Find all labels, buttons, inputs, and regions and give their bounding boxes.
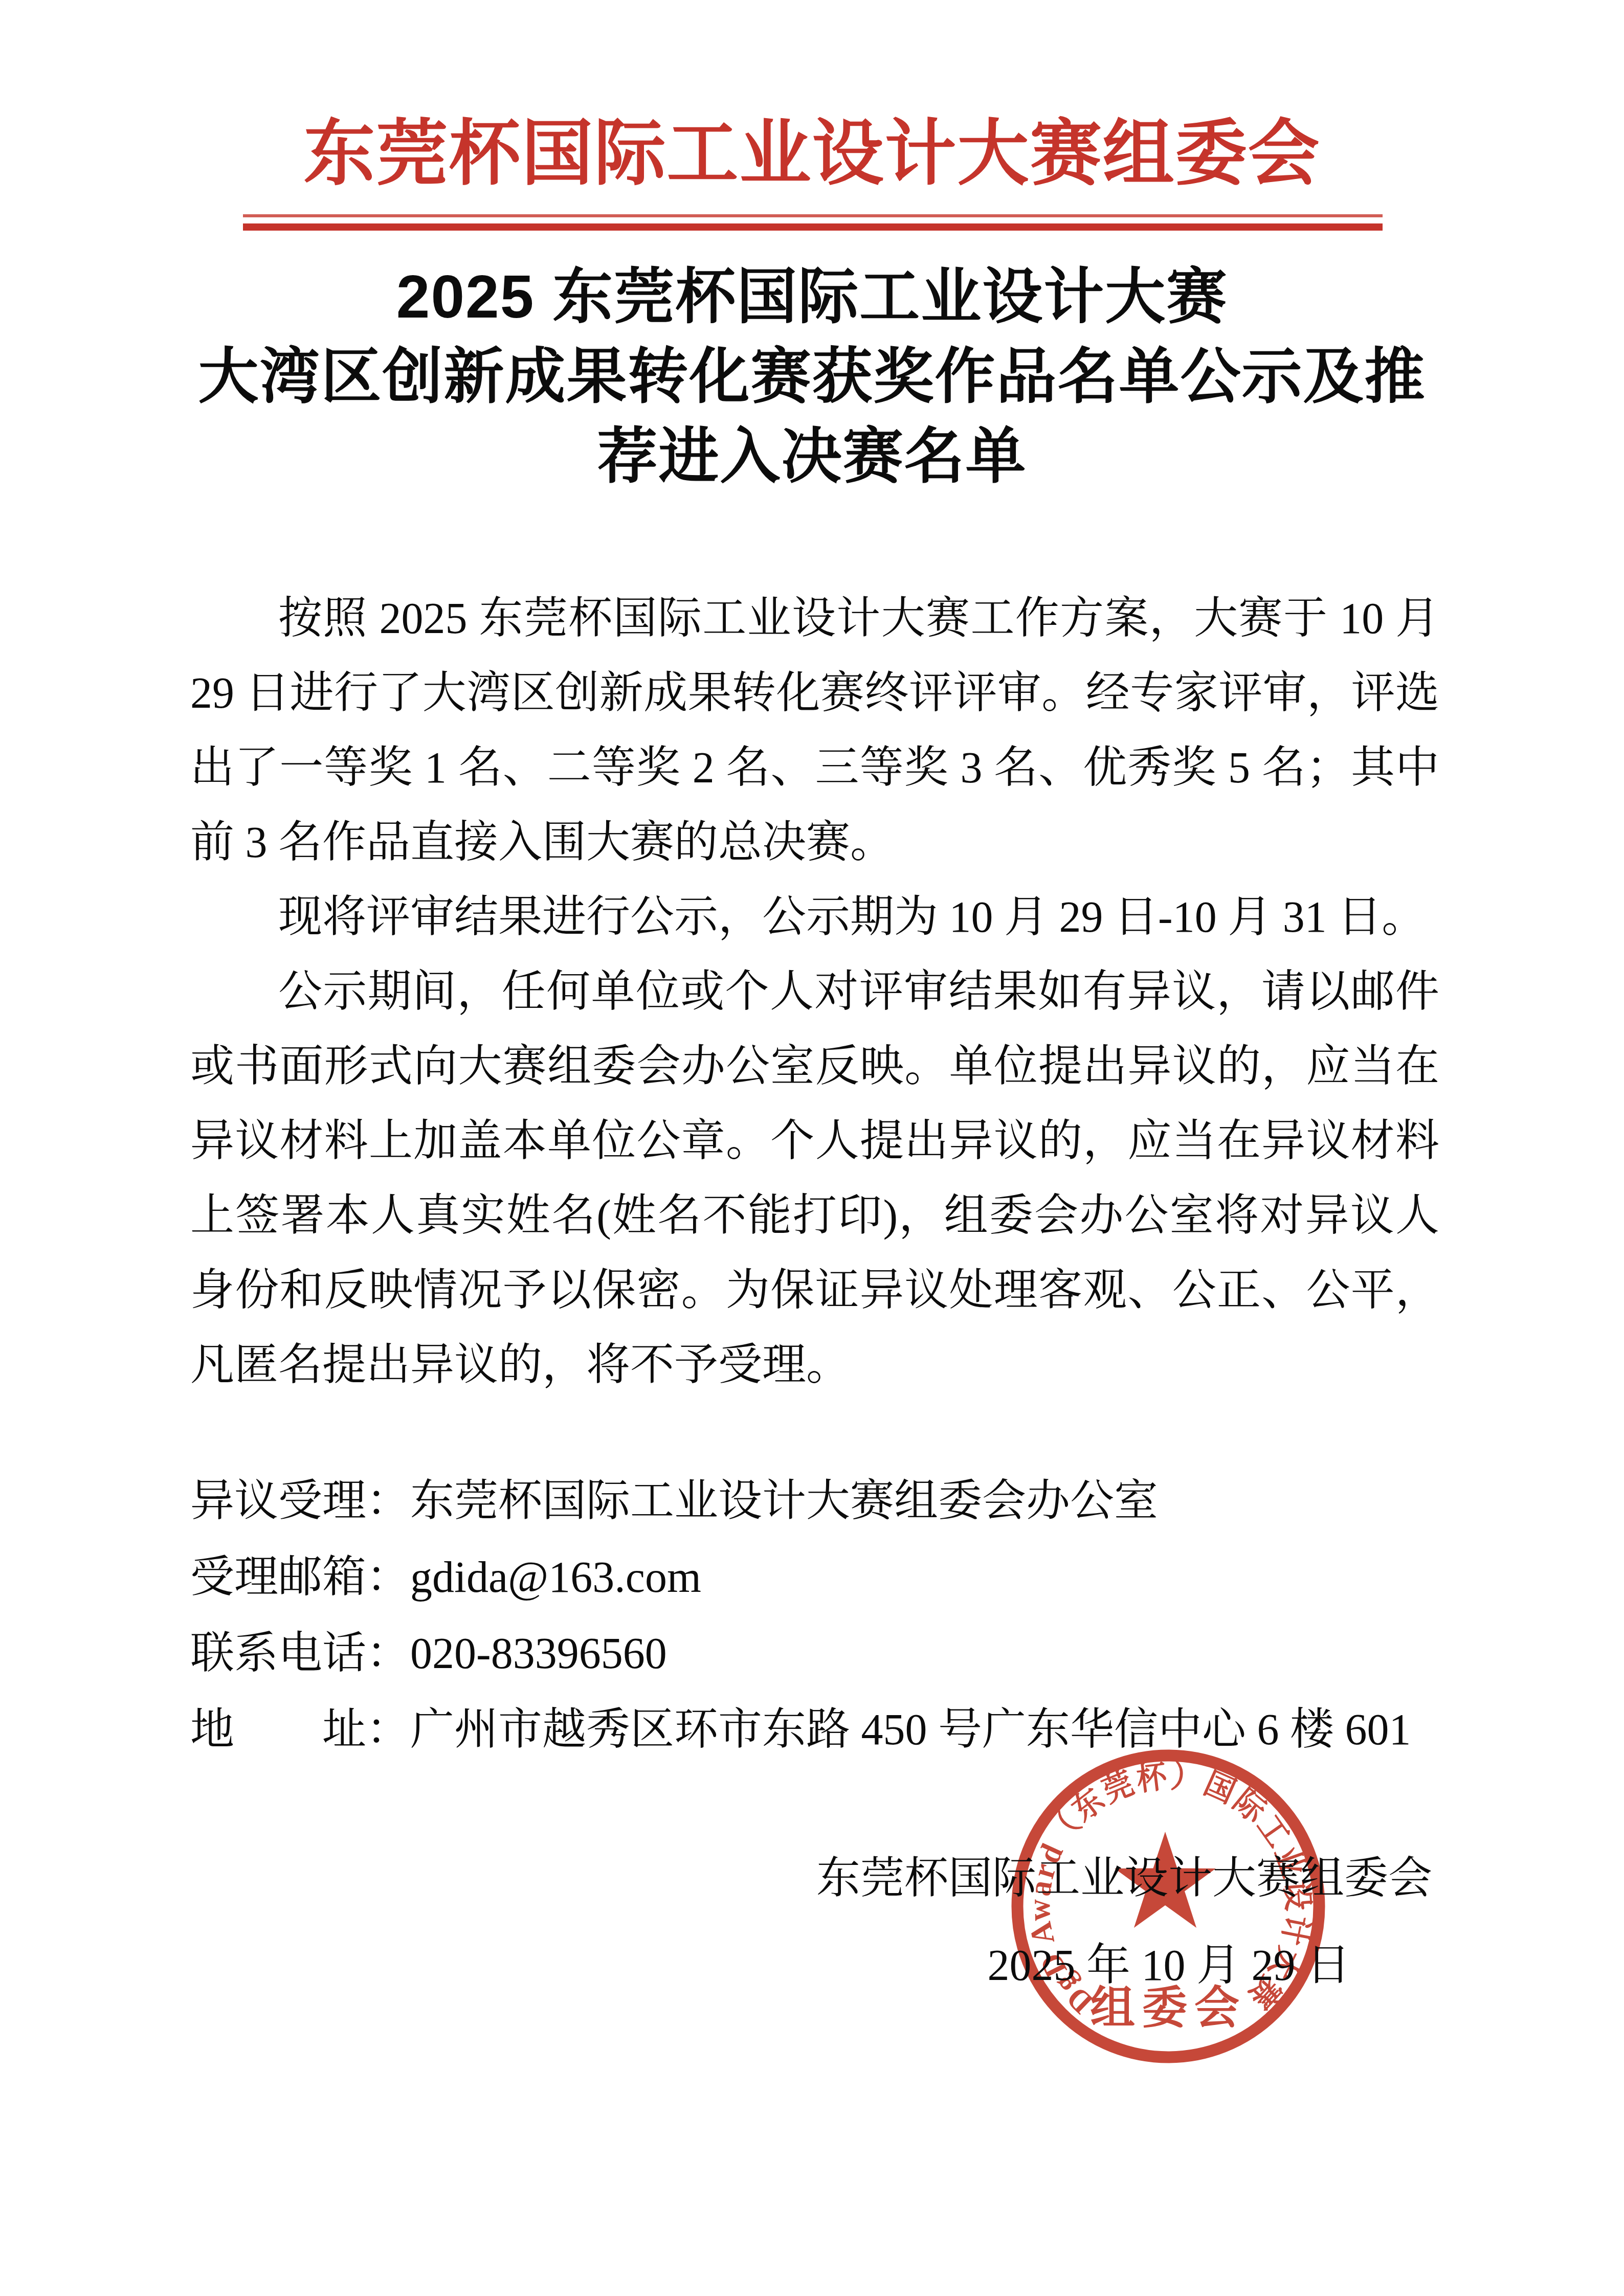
title-line-2: 大湾区创新成果转化赛获奖作品名单公示及推 xyxy=(153,337,1471,417)
signature-org: 东莞杯国际工业设计大赛组委会 xyxy=(816,1841,1432,1916)
body-line: 公示期间，任何单位或个人对评审结果如有异议，请以邮件 xyxy=(190,954,1439,1029)
letterhead-title: 东莞杯国际工业设计大赛组委会 xyxy=(0,96,1624,199)
contact-block: 异议受理：东莞杯国际工业设计大赛组委会办公室 受理邮箱：gdida@163.co… xyxy=(190,1463,1439,1768)
document-title: 2025 东莞杯国际工业设计大赛 大湾区创新成果转化赛获奖作品名单公示及推 荐进… xyxy=(153,257,1471,497)
letterhead-rule-thin xyxy=(243,214,1383,217)
body-line: 29 日进行了大湾区创新成果转化赛终评评审。经专家评审，评选 xyxy=(190,656,1439,730)
title-line-1: 2025 东莞杯国际工业设计大赛 xyxy=(153,257,1471,337)
contact-value-address: 广州市越秀区环市东路 450 号广东华信中心 6 楼 601 xyxy=(410,1705,1411,1754)
title-line-3: 荐进入决赛名单 xyxy=(153,417,1471,497)
body-line: 现将评审结果进行公示，公示期为 10 月 29 日-10 月 31 日。 xyxy=(190,880,1439,954)
contact-line-objection: 异议受理：东莞杯国际工业设计大赛组委会办公室 xyxy=(190,1463,1439,1539)
body-line: 身份和反映情况予以保密。为保证异议处理客观、公正、公平， xyxy=(190,1253,1439,1327)
body-line: 上签署本人真实姓名(姓名不能打印)，组委会办公室将对异议人 xyxy=(190,1178,1439,1253)
contact-label: 地 址： xyxy=(190,1705,410,1754)
contact-label: 联系电话： xyxy=(190,1629,410,1678)
body-text: 按照 2025 东莞杯国际工业设计大赛工作方案，大赛于 10 月 29 日进行了… xyxy=(190,581,1439,1402)
body-line: 前 3 名作品直接入围大赛的总决赛。 xyxy=(190,805,1439,880)
contact-label: 受理邮箱： xyxy=(190,1552,410,1602)
contact-value-phone: 020-83396560 xyxy=(410,1629,667,1678)
contact-line-address: 地 址：广州市越秀区环市东路 450 号广东华信中心 6 楼 601 xyxy=(190,1692,1439,1768)
body-line: 按照 2025 东莞杯国际工业设计大赛工作方案，大赛于 10 月 xyxy=(190,581,1439,656)
contact-value: 东莞杯国际工业设计大赛组委会办公室 xyxy=(410,1476,1158,1525)
body-line: 出了一等奖 1 名、二等奖 2 名、三等奖 3 名、优秀奖 5 名；其中 xyxy=(190,730,1439,805)
body-line: 或书面形式向大赛组委会办公室反映。单位提出异议的，应当在 xyxy=(190,1029,1439,1104)
body-line: 异议材料上加盖本单位公章。个人提出异议的，应当在异议材料 xyxy=(190,1104,1439,1178)
letterhead-rule-thick xyxy=(243,223,1383,231)
body-line: 凡匿名提出异议的，将不予受理。 xyxy=(190,1327,1439,1402)
signature-date: 2025 年 10 月 29 日 xyxy=(988,1928,1351,2002)
document-page: 东莞杯国际工业设计大赛组委会 2025 东莞杯国际工业设计大赛 大湾区创新成果转… xyxy=(0,0,1624,2296)
contact-label: 异议受理： xyxy=(190,1476,410,1525)
contact-line-phone: 联系电话：020-83396560 xyxy=(190,1615,1439,1692)
contact-line-email: 受理邮箱：gdida@163.com xyxy=(190,1539,1439,1615)
contact-value-email: gdida@163.com xyxy=(410,1552,701,1602)
